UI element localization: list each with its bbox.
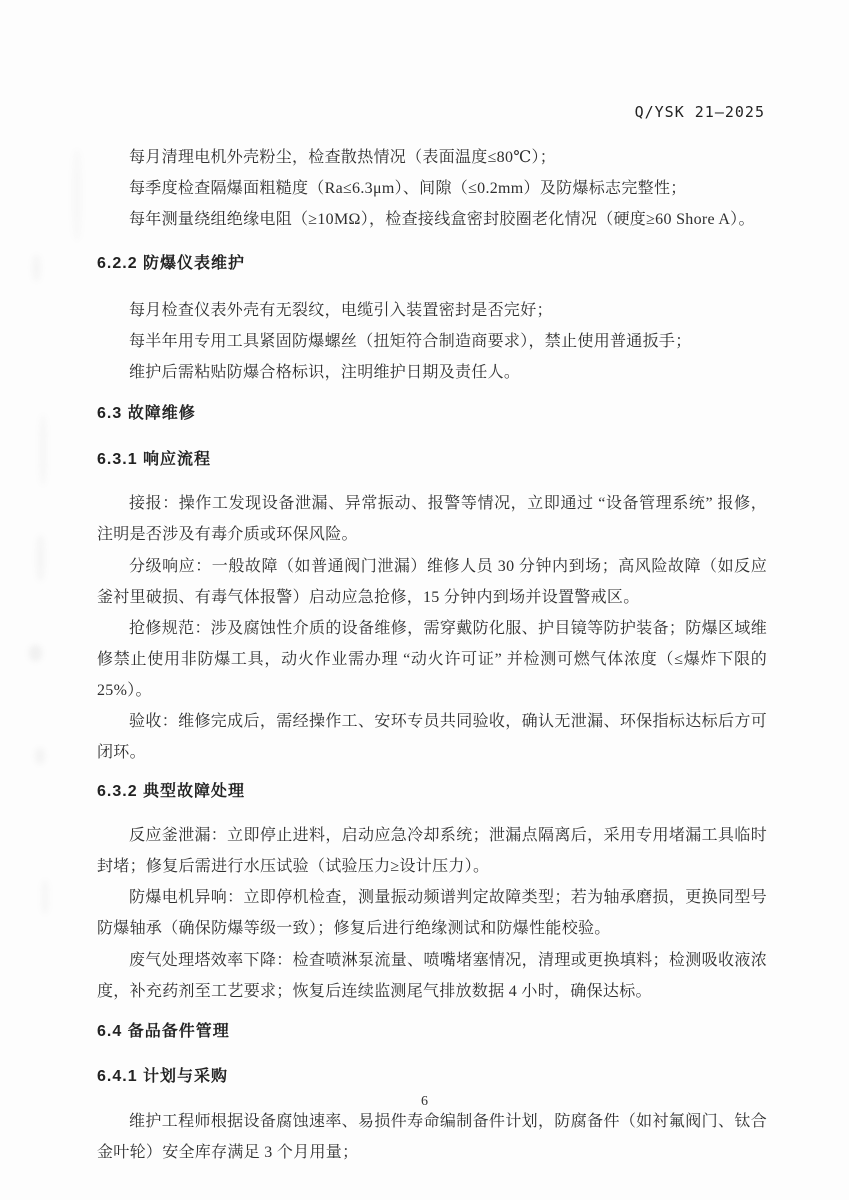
page-number: 6 <box>0 1094 849 1110</box>
document-body: 每月清理电机外壳粉尘，检查散热情况（表面温度≤80℃）； 每季度检查隔爆面粗糙度… <box>97 142 767 1168</box>
standard-number: Q/YSK 21—2025 <box>635 103 765 121</box>
section-heading-6-3: 6.3 故障维修 <box>97 398 767 429</box>
paragraph: 每月清理电机外壳粉尘，检查散热情况（表面温度≤80℃）； <box>97 142 767 173</box>
paragraph: 每半年用专用工具紧固防爆螺丝（扭矩符合制造商要求），禁止使用普通扳手； <box>97 326 767 357</box>
paragraph: 接报：操作工发现设备泄漏、异常振动、报警等情况，立即通过 “设备管理系统” 报修… <box>97 488 767 550</box>
scan-smudge <box>29 645 42 661</box>
subsection-heading-6-4-1: 6.4.1 计划与采购 <box>97 1061 767 1092</box>
paragraph: 分级响应：一般故障（如普通阀门泄漏）维修人员 30 分钟内到场；高风险故障（如反… <box>97 551 767 613</box>
document-page: Q/YSK 21—2025 每月清理电机外壳粉尘，检查散热情况（表面温度≤80℃… <box>0 0 849 1200</box>
paragraph: 验收：维修完成后，需经操作工、安环专员共同验收，确认无泄漏、环保指标达标后方可闭… <box>97 706 767 768</box>
scan-smudge <box>39 415 47 485</box>
paragraph: 废气处理塔效率下降：检查喷淋泵流量、喷嘴堵塞情况，清理或更换填料；检测吸收液浓度… <box>97 945 767 1007</box>
paragraph: 维护工程师根据设备腐蚀速率、易损件寿命编制备件计划，防腐备件（如衬氟阀门、钛合金… <box>97 1106 767 1168</box>
scan-smudge <box>36 535 45 581</box>
paragraph: 反应釜泄漏：立即停止进料，启动应急冷却系统；泄漏点隔离后，采用专用堵漏工具临时封… <box>97 820 767 882</box>
subsection-heading-6-2-2: 6.2.2 防爆仪表维护 <box>97 248 767 279</box>
subsection-heading-6-3-1: 6.3.1 响应流程 <box>97 444 767 475</box>
paragraph: 抢修规范：涉及腐蚀性介质的设备维修，需穿戴防化服、护目镜等防护装备；防爆区域维修… <box>97 613 767 706</box>
paragraph: 维护后需粘贴防爆合格标识，注明维护日期及责任人。 <box>97 357 767 388</box>
paragraph: 每年测量绕组绝缘电阻（≥10MΩ），检查接线盒密封胶圈老化情况（硬度≥60 Sh… <box>97 204 767 235</box>
paragraph: 每月检查仪表外壳有无裂纹，电缆引入装置密封是否完好； <box>97 295 767 326</box>
scan-smudge <box>32 255 41 281</box>
scan-smudge <box>35 748 45 764</box>
paragraph: 每季度检查隔爆面粗糙度（Ra≤6.3μm）、间隙（≤0.2mm）及防爆标志完整性… <box>97 173 767 204</box>
paragraph: 防爆电机异响：立即停机检查，测量振动频谱判定故障类型；若为轴承磨损，更换同型号防… <box>97 882 767 944</box>
section-heading-6-4: 6.4 备品备件管理 <box>97 1016 767 1047</box>
subsection-heading-6-3-2: 6.3.2 典型故障处理 <box>97 776 767 807</box>
scan-smudge <box>72 150 82 240</box>
scan-smudge <box>41 880 49 914</box>
